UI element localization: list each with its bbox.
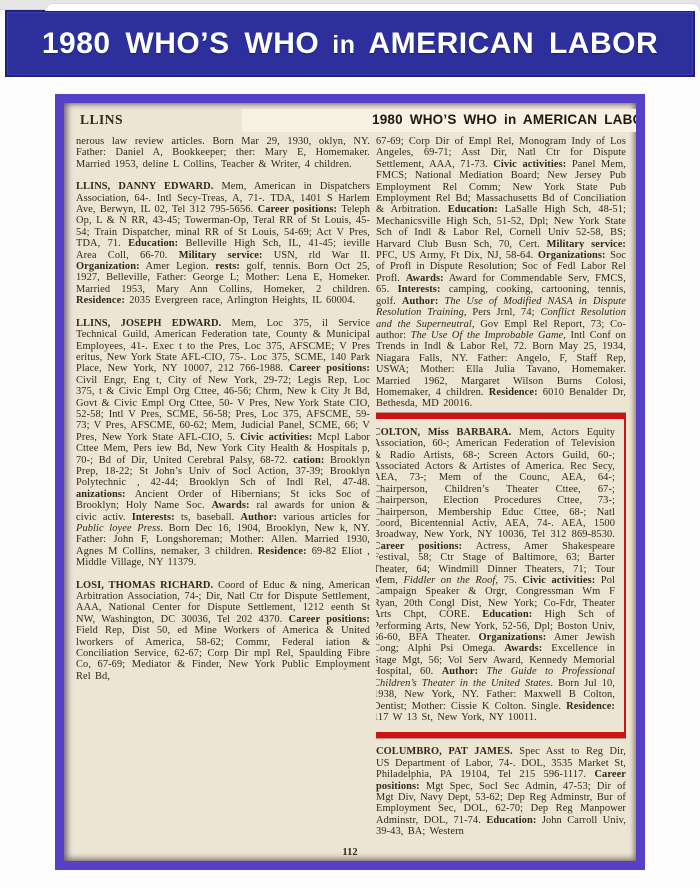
banner-title-suffix: AMERICAN LABOR — [368, 27, 658, 61]
bold-text: Education: — [128, 238, 178, 249]
entry-paragraph: nerous law review articles. Born Mar 29,… — [76, 136, 370, 170]
entry-block: 67-69; Corp Dir of Empl Rel, Monogram In… — [376, 136, 626, 410]
text: Field Rep, Dist 50, ed Mine Workers of A… — [76, 625, 370, 682]
banner: 1980 WHO’S WHO in AMERICAN LABOR — [5, 10, 695, 77]
italic-text: Fiddler on the Roof — [403, 575, 495, 586]
entry-block: nerous law review articles. Born Mar 29,… — [76, 136, 370, 682]
scanned-page-frame: LLINS 1980 WHO’S WHO in AMERICAN LABOR n… — [55, 94, 645, 870]
page-header-in: in — [504, 112, 516, 127]
column-left: nerous law review articles. Born Mar 29,… — [76, 136, 370, 852]
text: Mem, Actors Equity Association, 60-; Ame… — [376, 427, 615, 541]
bold-text: LOSI, THOMAS RICHARD. — [76, 580, 213, 591]
bold-text: anizations: — [76, 489, 126, 500]
text: 2035 Evergreen race, Arlington Heights, … — [125, 295, 355, 306]
bold-text: Organization: — [76, 261, 140, 272]
italic-text: The Use Of the Improbable Game — [411, 330, 564, 341]
bold-text: Interests: — [398, 284, 441, 295]
bold-text: Civic activities: — [240, 432, 312, 443]
banner-title-in: in — [332, 31, 355, 60]
text: USN, rld War II. — [263, 250, 371, 261]
bold-text: Military service: — [547, 239, 626, 250]
bold-text: Career positions: — [376, 541, 462, 552]
text: various articles for — [277, 512, 370, 523]
bold-text: Career positions: — [258, 204, 337, 215]
text: 117 W 13 St, New York, NY 10011. — [376, 712, 537, 723]
browser-tab-edge — [45, 3, 700, 11]
entry-block: COLUMBRO, PAT JAMES. Spec Asst to Reg Di… — [376, 746, 626, 837]
banner-title: 1980 WHO’S WHO in AMERICAN LABOR — [42, 27, 658, 61]
bold-text: COLTON, Miss BARBARA. — [376, 427, 511, 438]
running-head: LLINS — [80, 112, 123, 128]
bold-text: Career positions: — [289, 363, 370, 374]
entry-paragraph: LLINS, JOSEPH EDWARD. Mem, Loc 375, il S… — [76, 318, 370, 569]
bold-text: Author: — [402, 296, 439, 307]
text: , 75. — [495, 575, 522, 586]
entry-paragraph: LLINS, DANNY EDWARD. Mem, American in Di… — [76, 181, 370, 306]
bold-text: Awards: — [406, 273, 444, 284]
page-header-title: 1980 WHO’S WHO in AMERICAN LABOR — [372, 112, 632, 127]
bold-text: Organizations: — [478, 632, 546, 643]
bold-text: LLINS, DANNY EDWARD. — [76, 181, 213, 192]
bold-text: Interests: — [132, 512, 175, 523]
text: , Pers Jrnl, 74; — [464, 307, 541, 318]
italic-text: Public loyee Press — [76, 523, 160, 534]
column-right: 67-69; Corp Dir of Empl Rel, Monogram In… — [376, 136, 626, 852]
bold-text: Residence: — [258, 546, 307, 557]
bold-text: LLINS, JOSEPH EDWARD. — [76, 318, 221, 329]
bold-text: Education: — [482, 609, 532, 620]
banner-title-prefix: 1980 WHO’S WHO — [42, 27, 319, 61]
bold-text: COLUMBRO, PAT JAMES. — [376, 746, 513, 757]
page-number: 112 — [64, 847, 636, 858]
bold-text: Author: — [442, 666, 479, 677]
bold-text: Education: — [448, 204, 498, 215]
bold-text: Military service: — [179, 250, 263, 261]
entry-paragraph: COLUMBRO, PAT JAMES. Spec Asst to Reg Di… — [376, 746, 626, 837]
text: nerous law review articles. Born Mar 29,… — [76, 136, 370, 170]
bold-text: Career positions: — [289, 614, 370, 625]
text: PFC, US Army, Ft Dix, NJ, 58-64. — [376, 250, 538, 261]
bold-text: Residence: — [76, 295, 125, 306]
entry-paragraph: 67-69; Corp Dir of Empl Rel, Monogram In… — [376, 136, 626, 410]
text: Amer Legion. — [140, 261, 216, 272]
bold-text: Civic activities: — [522, 575, 595, 586]
page-header-suffix: AMERICAN LABOR — [523, 112, 645, 127]
bold-text: rests: — [215, 261, 240, 272]
bold-text: Author: — [241, 512, 278, 523]
bold-text: Education: — [486, 815, 536, 826]
text-columns: nerous law review articles. Born Mar 29,… — [72, 136, 628, 852]
text — [478, 666, 486, 677]
browser-chrome-strip — [0, 0, 700, 10]
text: ts, baseball. — [175, 512, 241, 523]
bold-text: Civic activities: — [493, 159, 566, 170]
bold-text: Residence: — [489, 387, 538, 398]
bold-text: cation: — [293, 455, 324, 466]
page-header-prefix: 1980 WHO’S WHO — [372, 112, 497, 127]
entry-paragraph: COLTON, Miss BARBARA. Mem, Actors Equity… — [376, 427, 615, 724]
page-header: LLINS 1980 WHO’S WHO in AMERICAN LABOR — [72, 109, 628, 133]
bold-text: Residence: — [566, 701, 615, 712]
highlighted-entry-box: COLTON, Miss BARBARA. Mem, Actors Equity… — [376, 413, 626, 739]
bold-text: Awards: — [212, 500, 250, 511]
bold-text: Organizations: — [538, 250, 606, 261]
bold-text: Awards: — [504, 643, 542, 654]
entry-paragraph: LOSI, THOMAS RICHARD. Coord of Educ & ni… — [76, 580, 370, 683]
